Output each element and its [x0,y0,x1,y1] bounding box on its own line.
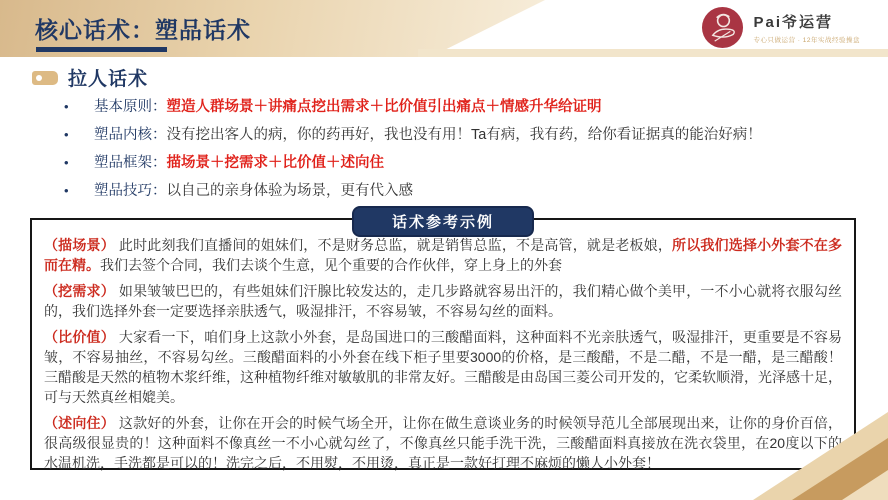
brand-logo-icon [701,6,744,49]
page-title: 核心话术：塑品话术 [35,12,251,45]
paragraph-text: 这款好的外套，让你在开会的时候气场全开，让你在做生意谈业务的时候领导范儿全部展现… [44,415,842,471]
bullet-dot: • [64,180,94,202]
example-box-body: （描场景）此时此刻我们直播间的姐妹们，不是财务总监，就是销售总监，不是高管，就是… [32,220,854,473]
bullet-label: 塑品内核： [94,124,167,146]
bullet-text: 描场景＋挖需求＋比价值＋述向住 [167,152,385,174]
bullet-item-framework: • 塑品框架： 描场景＋挖需求＋比价值＋述向住 [64,152,864,180]
bullet-label: 基本原则： [94,96,167,118]
bullet-item-core: • 塑品内核： 没有挖出客人的病，你的药再好，我也没有用！Ta有病，我有药，给你… [64,124,864,152]
paragraph-text: 大家看一下，咱们身上这款小外套，是岛国进口的三酸醋面料，这种面料不光亲肤透气，吸… [44,329,842,405]
bullet-label: 塑品框架： [94,152,167,174]
title-underline [36,47,167,52]
brand-name: Pai爷运营 [753,11,860,32]
slide: 核心话术：塑品话术 Pai爷运营 专心只做运营 · 12年实战经验操盘 拉人话术 [0,0,888,500]
paragraph-text: 此时此刻我们直播间的姐妹们，不是财务总监，就是销售总监，不是高管，就是老板娘， [119,237,672,253]
script-paragraph-need: （挖需求）如果皱皱巴巴的，有些姐妹们汗腺比较发达的，走几步路就容易出汗的，我们精… [44,281,842,321]
paragraph-text: 我们去签个合同，我们去谈个生意，见个重要的合作伙伴，穿上身上的外套 [100,257,562,273]
bullet-dot: • [64,152,94,174]
bullet-list: • 基本原则： 塑造人群场景＋讲痛点挖出需求＋比价值引出痛点＋情感升华给证明 •… [64,96,864,208]
tag-icon [32,71,58,85]
header-strip-decoration [418,49,888,57]
script-paragraph-value: （比价值）大家看一下，咱们身上这款小外套，是岛国进口的三酸醋面料，这种面料不光亲… [44,327,842,407]
header: 核心话术：塑品话术 Pai爷运营 专心只做运营 · 12年实战经验操盘 [0,0,888,57]
paragraph-text: 如果皱皱巴巴的，有些姐妹们汗腺比较发达的，走几步路就容易出汗的，我们精心做个美甲… [44,283,842,319]
section-title: 拉人话术 [68,64,148,91]
paragraph-tag: （述向住） [44,415,115,431]
paragraph-tag: （挖需求） [44,283,115,299]
brand-tagline: 专心只做运营 · 12年实战经验操盘 [753,35,860,44]
bullet-text: 没有挖出客人的病，你的药再好，我也没有用！Ta有病，我有药，给你看证据真的能治好… [167,124,762,146]
bullet-dot: • [64,124,94,146]
bullet-item-technique: • 塑品技巧： 以自己的亲身体验为场景，更有代入感 [64,180,864,208]
script-paragraph-scene: （描场景）此时此刻我们直播间的姐妹们，不是财务总监，就是销售总监，不是高管，就是… [44,235,842,275]
example-box-badge: 话术参考示例 [352,206,534,237]
bullet-item-principle: • 基本原则： 塑造人群场景＋讲痛点挖出需求＋比价值引出痛点＋情感升华给证明 [64,96,864,124]
paragraph-tag: （比价值） [44,329,115,345]
brand-logo-text: Pai爷运营 专心只做运营 · 12年实战经验操盘 [753,11,860,44]
script-example-box: 话术参考示例 （描场景）此时此刻我们直播间的姐妹们，不是财务总监，就是销售总监，… [30,218,856,470]
paragraph-tag: （描场景） [44,237,115,253]
bullet-text: 塑造人群场景＋讲痛点挖出需求＋比价值引出痛点＋情感升华给证明 [167,96,602,118]
bullet-label: 塑品技巧： [94,180,167,202]
script-paragraph-aspire: （述向住）这款好的外套，让你在开会的时候气场全开，让你在做生意谈业务的时候领导范… [44,413,842,473]
section-heading: 拉人话术 [32,64,148,91]
bullet-dot: • [64,96,94,118]
brand-logo: Pai爷运营 专心只做运营 · 12年实战经验操盘 [701,6,860,49]
bullet-text: 以自己的亲身体验为场景，更有代入感 [167,180,414,202]
